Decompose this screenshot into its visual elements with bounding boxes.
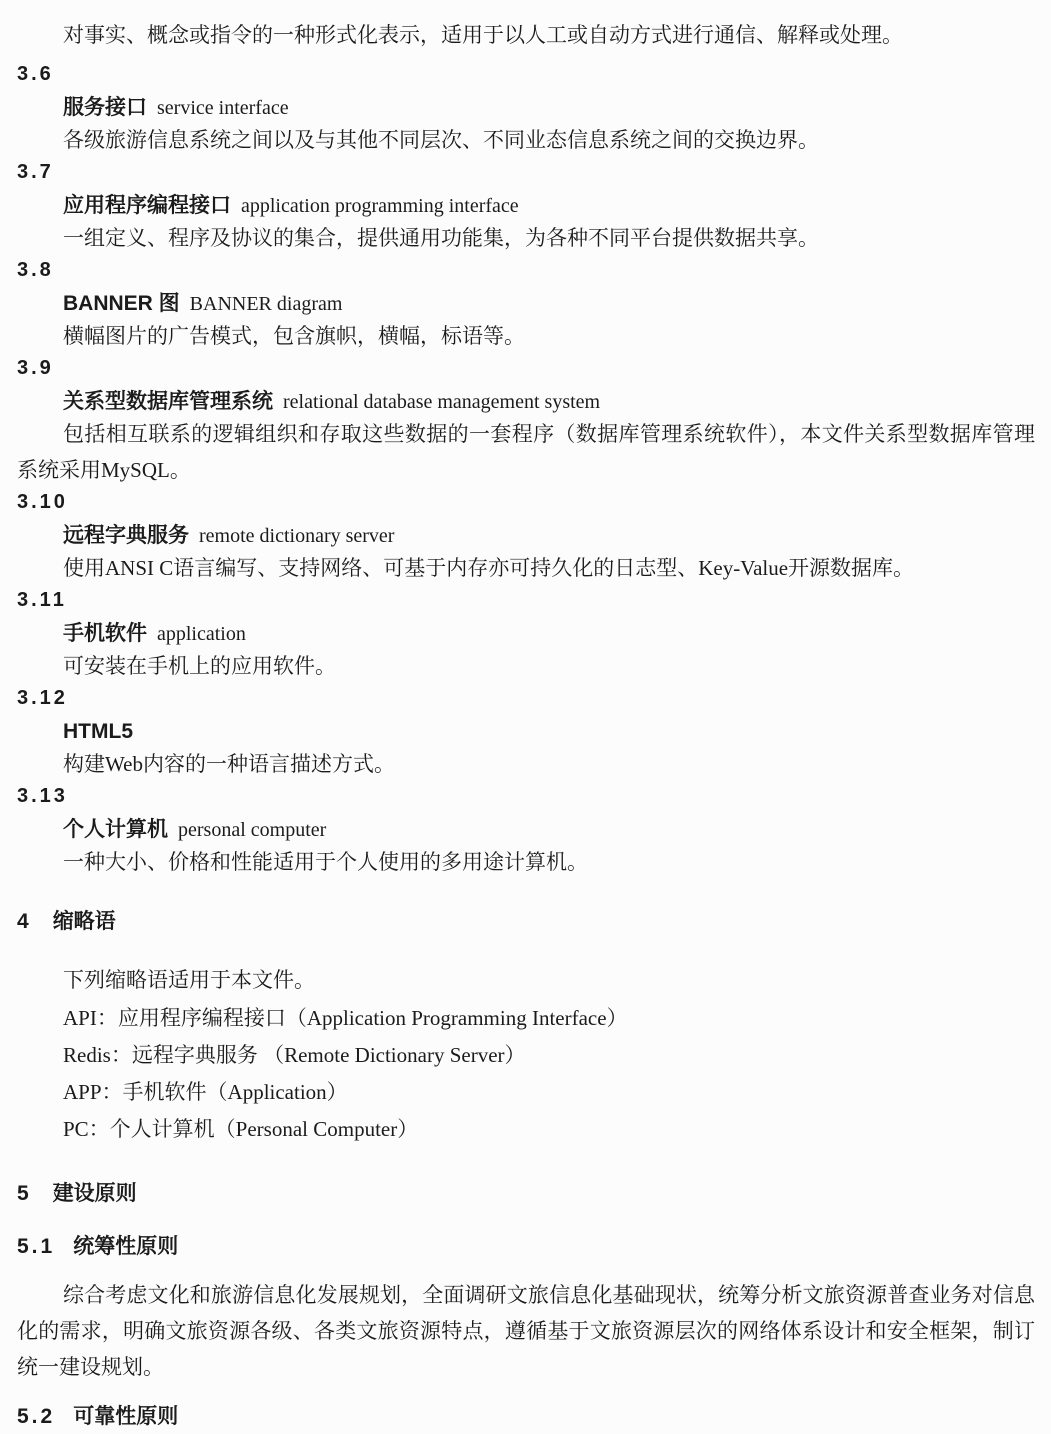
term-chinese: BANNER 图 [63,292,180,315]
section-title: 缩略语 [53,910,116,933]
clause-number: 3.12 [17,684,1035,712]
term-definition: 一种大小、价格和性能适用于个人使用的多用途计算机。 [17,844,1035,880]
term-english: application [157,623,246,645]
term-english: remote dictionary server [199,525,394,547]
term-english: relational database management system [283,391,600,413]
carryover-definition-text: 对事实、概念或指令的一种形式化表示，适用于以人工或自动方式进行通信、解释或处理。 [17,20,1035,50]
term-chinese: 服务接口 [63,96,147,119]
term-chinese: 应用程序编程接口 [63,194,231,217]
term-definition: 构建Web内容的一种语言描述方式。 [17,746,1035,782]
subsection-number: 5.2 [17,1405,55,1428]
term-entry: 3.10 远程字典服务remote dictionary server 使用AN… [17,488,1035,586]
term-english: service interface [157,97,289,119]
term-definition: 各级旅游信息系统之间以及与其他不同层次、不同业态信息系统之间的交换边界。 [17,122,1035,158]
term-english: BANNER diagram [190,293,343,315]
term-chinese: 关系型数据库管理系统 [63,390,273,413]
subsection-title: 可靠性原则 [73,1405,178,1428]
term-definition: 一组定义、程序及协议的集合，提供通用功能集，为各种不同平台提供数据共享。 [17,220,1035,256]
clause-number: 3.11 [17,586,1035,614]
term-line: 关系型数据库管理系统relational database management… [63,387,1035,416]
subsection-heading-5-1: 5.1统筹性原则 [17,1233,1035,1261]
term-line: 手机软件application [63,619,1035,648]
term-entry: 3.6 服务接口service interface 各级旅游信息系统之间以及与其… [17,60,1035,158]
clause-number: 3.13 [17,782,1035,810]
term-chinese: HTML5 [63,720,133,743]
clause-number: 3.10 [17,488,1035,516]
term-entry: 3.7 应用程序编程接口application programming inte… [17,158,1035,256]
abbreviations-lead: 下列缩略语适用于本文件。 [63,965,1035,995]
section-heading-abbreviations: 4缩略语 [17,908,1035,936]
term-english: personal computer [178,819,326,841]
term-line: HTML5 [63,717,1035,746]
term-entry: 3.12 HTML5 构建Web内容的一种语言描述方式。 [17,684,1035,782]
subsection-heading-5-2: 5.2可靠性原则 [17,1403,1035,1431]
term-entry: 3.8 BANNER 图BANNER diagram 横幅图片的广告模式，包含旗… [17,256,1035,354]
term-line: 远程字典服务remote dictionary server [63,521,1035,550]
term-english: application programming interface [241,195,519,217]
term-entry: 3.11 手机软件application 可安装在手机上的应用软件。 [17,586,1035,684]
term-chinese: 手机软件 [63,622,147,645]
term-line: 服务接口service interface [63,93,1035,122]
term-definition: 横幅图片的广告模式，包含旗帜，横幅，标语等。 [17,318,1035,354]
term-entry: 3.13 个人计算机personal computer 一种大小、价格和性能适用… [17,782,1035,880]
abbreviation-item: PC：个人计算机（Personal Computer） [63,1114,1035,1144]
term-line: BANNER 图BANNER diagram [63,289,1035,318]
section-heading-principles: 5建设原则 [17,1180,1035,1208]
term-line: 个人计算机personal computer [63,815,1035,844]
term-definition: 使用ANSI C语言编写、支持网络、可基于内存亦可持久化的日志型、Key-Val… [17,550,1035,586]
term-entry: 3.9 关系型数据库管理系统relational database manage… [17,354,1035,488]
section-number: 4 [17,910,31,933]
subsection-title: 统筹性原则 [73,1235,178,1258]
term-chinese: 个人计算机 [63,818,168,841]
document-page: 对事实、概念或指令的一种形式化表示，适用于以人工或自动方式进行通信、解释或处理。… [0,0,1051,1434]
term-definition: 可安装在手机上的应用软件。 [17,648,1035,684]
abbreviation-item: Redis：远程字典服务 （Remote Dictionary Server） [63,1040,1035,1070]
section-number: 5 [17,1182,31,1205]
clause-number: 3.8 [17,256,1035,284]
abbreviation-item: API：应用程序编程接口（Application Programming Int… [63,1003,1035,1033]
term-definition: 包括相互联系的逻辑组织和存取这些数据的一套程序（数据库管理系统软件），本文件关系… [17,416,1035,488]
term-line: 应用程序编程接口application programming interfac… [63,191,1035,220]
section-title: 建设原则 [53,1182,137,1205]
subsection-number: 5.1 [17,1235,55,1258]
clause-number: 3.9 [17,354,1035,382]
clause-number: 3.7 [17,158,1035,186]
clause-number: 3.6 [17,60,1035,88]
term-chinese: 远程字典服务 [63,524,189,547]
abbreviation-item: APP：手机软件（Application） [63,1077,1035,1107]
subsection-body: 综合考虑文化和旅游信息化发展规划，全面调研文旅信息化基础现状，统筹分析文旅资源普… [17,1277,1035,1385]
